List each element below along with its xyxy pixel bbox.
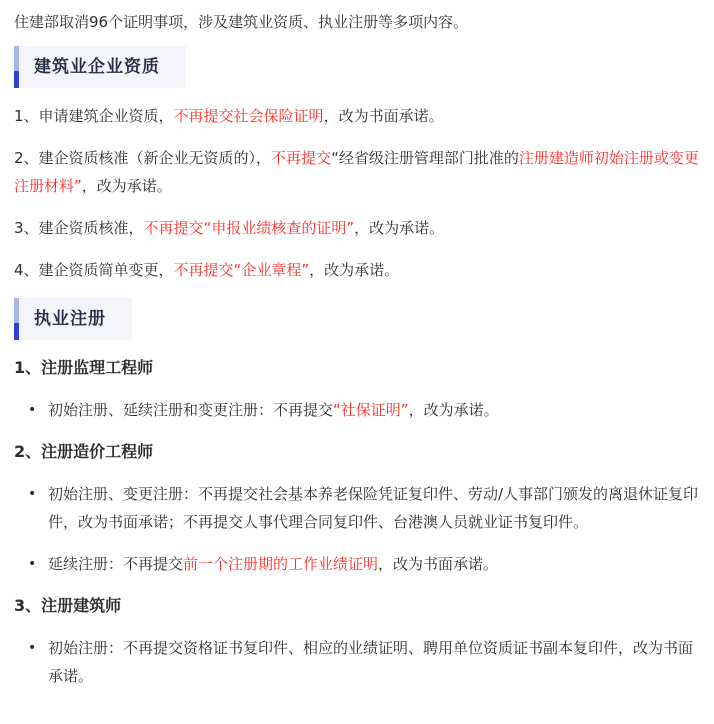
highlighted-text: 不再提交 [271, 149, 331, 167]
list-item: 初始注册、变更注册：不再提交社会基本养老保险凭证复印件、劳动/人事部门颁发的离退… [14, 480, 700, 536]
bullet-list-architect: 初始注册：不再提交资格证书复印件、相应的业绩证明、聘用单位资质证书副本复印件，改… [14, 634, 700, 690]
text-segment: ，改为书面承诺。 [378, 555, 498, 573]
text-segment: 3、建企资质核准， [14, 219, 144, 237]
section-title-enterprise-qualification: 建筑业企业资质 [19, 46, 186, 88]
highlighted-text: 不再提交“申报业绩核查的证明” [144, 219, 355, 237]
section-header-enterprise-qualification: 建筑业企业资质 [14, 46, 186, 88]
bullet-list-supervision-engineer: 初始注册、延续注册和变更注册：不再提交“社保证明”，改为承诺。 [14, 396, 700, 424]
intro-text: 住建部取消96个证明事项，涉及建筑业资质、执业注册等多项内容。 [14, 8, 700, 36]
text-segment: ，改为承诺。 [354, 219, 444, 237]
list-item: 延续注册：不再提交前一个注册期的工作业绩证明，改为书面承诺。 [14, 550, 700, 578]
text-segment: “经省级注册管理部门批准的 [331, 149, 519, 167]
list-item: 初始注册、延续注册和变更注册：不再提交“社保证明”，改为承诺。 [14, 396, 700, 424]
qualification-item-4: 4、建企资质简单变更，不再提交“企业章程”，改为承诺。 [14, 256, 700, 284]
text-segment: 1、申请建筑企业资质， [14, 107, 174, 125]
qualification-item-1: 1、申请建筑企业资质，不再提交社会保险证明，改为书面承诺。 [14, 102, 700, 130]
text-segment: 延续注册：不再提交 [48, 555, 183, 573]
list-item: 初始注册：不再提交资格证书复印件、相应的业绩证明、聘用单位资质证书副本复印件，改… [14, 634, 700, 690]
text-segment: 4、建企资质简单变更， [14, 261, 174, 279]
text-segment: 2、建企资质核准（新企业无资质的）， [14, 149, 271, 167]
article: 住建部取消96个证明事项，涉及建筑业资质、执业注册等多项内容。 建筑业企业资质 … [14, 8, 700, 690]
text-segment: ，改为承诺。 [409, 401, 499, 419]
bullet-list-cost-engineer: 初始注册、变更注册：不再提交社会基本养老保险凭证复印件、劳动/人事部门颁发的离退… [14, 480, 700, 578]
qualification-item-2: 2、建企资质核准（新企业无资质的），不再提交“经省级注册管理部门批准的注册建造师… [14, 144, 700, 200]
highlighted-text: 前一个注册期的工作业绩证明 [183, 555, 378, 573]
text-segment: ，改为承诺。 [309, 261, 399, 279]
text-segment: ，改为书面承诺。 [324, 107, 444, 125]
group-heading-architect: 3、注册建筑师 [14, 592, 700, 620]
text-segment: 初始注册：不再提交资格证书复印件、相应的业绩证明、聘用单位资质证书副本复印件，改… [48, 639, 693, 685]
group-heading-cost-engineer: 2、注册造价工程师 [14, 438, 700, 466]
text-segment: 初始注册、变更注册：不再提交社会基本养老保险凭证复印件、劳动/人事部门颁发的离退… [48, 485, 698, 531]
highlighted-text: “社保证明” [333, 401, 409, 419]
qualification-item-3: 3、建企资质核准，不再提交“申报业绩核查的证明”，改为承诺。 [14, 214, 700, 242]
text-segment: 初始注册、延续注册和变更注册：不再提交 [48, 401, 333, 419]
highlighted-text: 不再提交社会保险证明 [174, 107, 324, 125]
highlighted-text: 不再提交“企业章程” [174, 261, 310, 279]
section-header-practice-registration: 执业注册 [14, 298, 132, 340]
text-segment: ，改为承诺。 [82, 177, 172, 195]
group-heading-supervision-engineer: 1、注册监理工程师 [14, 354, 700, 382]
section-title-practice-registration: 执业注册 [19, 298, 132, 340]
